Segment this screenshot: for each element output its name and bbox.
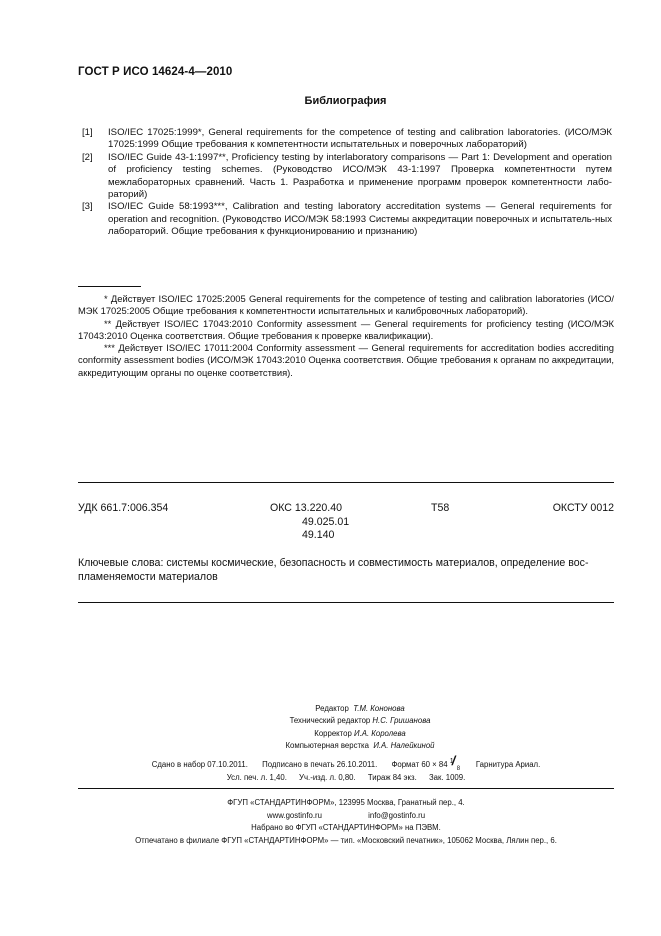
- credit-role: Компьютерная верстка: [285, 741, 369, 750]
- credit-line: Редактор Т.М. Кононова: [240, 703, 480, 715]
- imprint-line: Сдано в набор 07.10.2011. Подписано в пе…: [78, 759, 614, 772]
- fraction-denominator: 8: [457, 763, 460, 776]
- bibliography-item: [3] ISO/IEC Guide 58:1993***, Calibratio…: [82, 201, 612, 238]
- publishing-sheets: Уч.-изд. л. 0,80.: [299, 773, 356, 782]
- reference-text: ISO/IEC 17025:1999*, General requirement…: [108, 127, 612, 152]
- credit-role: Редактор: [315, 704, 349, 713]
- credit-line: Корректор И.А. Королева: [240, 728, 480, 740]
- website-link[interactable]: www.gostinfo.ru: [267, 811, 322, 820]
- credit-line: Компьютерная верстка И.А. Налейкиной: [240, 740, 480, 752]
- reference-number: [3]: [82, 201, 108, 238]
- format-fraction: 1/8: [450, 759, 462, 769]
- publisher-address: ФГУП «СТАНДАРТИНФОРМ», 123995 Москва, Гр…: [78, 797, 614, 810]
- reference-number: [1]: [82, 127, 108, 152]
- typeset-note: Набрано во ФГУП «СТАНДАРТИНФОРМ» на ПЭВМ…: [78, 822, 614, 835]
- footnote: *** Действует ISO/IEC 17011:2004 Conform…: [78, 342, 614, 379]
- divider-rule: [78, 482, 614, 483]
- reference-number: [2]: [82, 152, 108, 202]
- divider-rule: [78, 602, 614, 603]
- format-label: Формат 60 × 84: [391, 760, 447, 769]
- keywords: Ключевые слова: системы космические, без…: [78, 557, 614, 585]
- footnote-separator: [78, 286, 141, 287]
- bibliography-list: [1] ISO/IEC 17025:1999*, General require…: [82, 127, 612, 239]
- reference-text: ISO/IEC Guide 43-1:1997**, Proficiency t…: [108, 152, 612, 202]
- okstu-code: ОКСТУ 0012: [553, 502, 614, 516]
- bibliography-item: [2] ISO/IEC Guide 43-1:1997**, Proficien…: [82, 152, 612, 202]
- signed-date: Подписано в печать 26.10.2011.: [262, 760, 377, 769]
- credit-name: Н.С. Гришанова: [372, 716, 430, 725]
- paper-format: Формат 60 × 84 1/8: [391, 760, 461, 769]
- print-imprint: Сдано в набор 07.10.2011. Подписано в пе…: [78, 759, 614, 784]
- bibliography-item: [1] ISO/IEC 17025:1999*, General require…: [82, 127, 612, 152]
- oks-code: ОКС 13.220.40: [270, 502, 349, 516]
- footnote: * Действует ISO/IEC 17025:2005 General r…: [78, 293, 614, 318]
- publisher-contacts: www.gostinfo.ru info@gostinfo.ru: [78, 810, 614, 823]
- footnotes: * Действует ISO/IEC 17025:2005 General r…: [78, 293, 614, 379]
- oks-code: 49.140: [270, 529, 349, 543]
- udk-code: УДК 661.7:006.354: [78, 502, 168, 516]
- group-code: Т58: [431, 502, 449, 516]
- printed-note: Отпечатано в филиале ФГУП «СТАНДАРТИНФОР…: [78, 835, 614, 848]
- section-title: Библиография: [0, 95, 661, 107]
- oks-code: 49.025.01: [270, 516, 349, 530]
- oks-codes: ОКС 13.220.40 49.025.01 49.140: [270, 502, 349, 543]
- print-run: Тираж 84 экз.: [368, 773, 417, 782]
- credit-role: Технический редактор: [290, 716, 371, 725]
- footnote: ** Действует ISO/IEC 17043:2010 Conformi…: [78, 318, 614, 343]
- credit-role: Корректор: [314, 729, 352, 738]
- credit-line: Технический редактор Н.С. Гришанова: [240, 715, 480, 727]
- credit-name: Т.М. Кононова: [353, 704, 404, 713]
- credit-name: И.А. Налейкиной: [373, 741, 434, 750]
- submitted-date: Сдано в набор 07.10.2011.: [152, 760, 248, 769]
- reference-text: ISO/IEC Guide 58:1993***, Calibration an…: [108, 201, 612, 238]
- typeface: Гарнитура Ариал.: [476, 760, 540, 769]
- fraction-slash: /: [452, 755, 456, 768]
- credit-name: И.А. Королева: [354, 729, 406, 738]
- divider-rule: [78, 788, 614, 789]
- document-code: ГОСТ Р ИСО 14624-4—2010: [78, 66, 232, 78]
- print-sheets: Усл. печ. л. 1,40.: [227, 773, 287, 782]
- credits: Редактор Т.М. Кононова Технический редак…: [240, 703, 480, 752]
- email-link[interactable]: info@gostinfo.ru: [368, 811, 425, 820]
- imprint-line: Усл. печ. л. 1,40. Уч.-изд. л. 0,80. Тир…: [78, 772, 614, 785]
- publisher-info: ФГУП «СТАНДАРТИНФОРМ», 123995 Москва, Гр…: [78, 797, 614, 847]
